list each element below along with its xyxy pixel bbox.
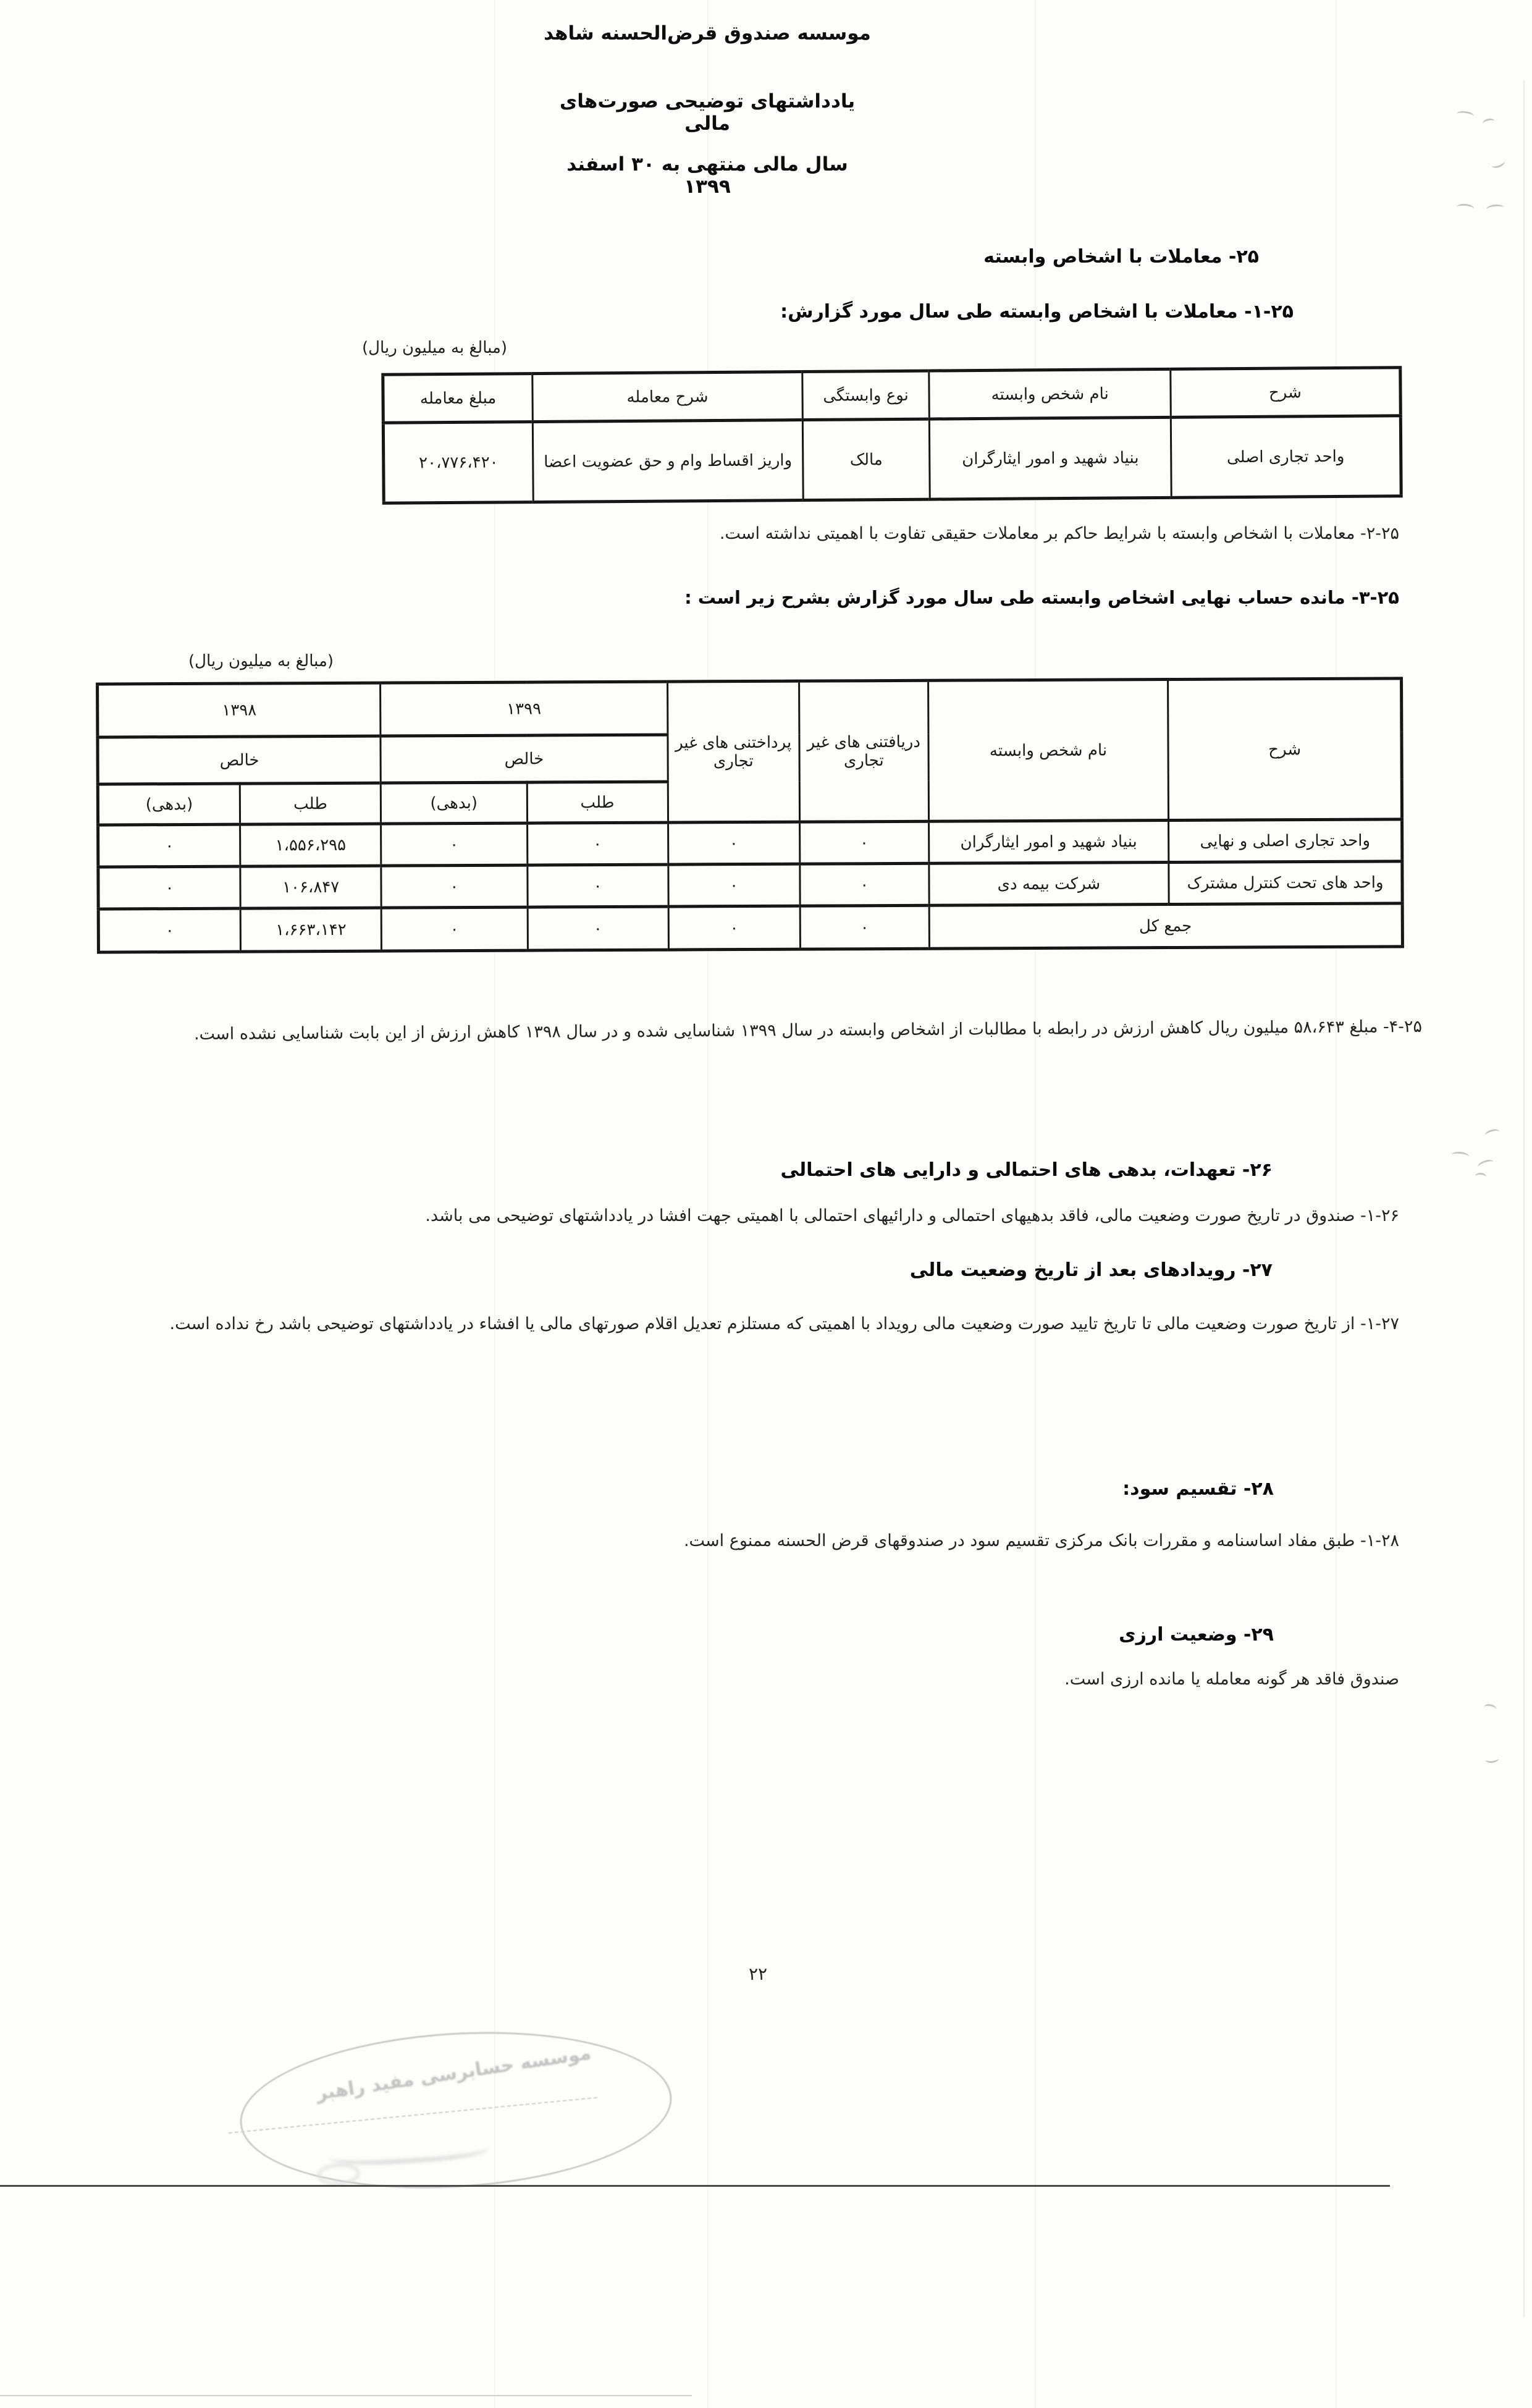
t2-r1-payable: ۰ [668,822,799,864]
t2-r1-receivable: ۰ [799,821,928,864]
t2-r1-debit98: ۰ [98,824,240,867]
section-25-title: ۲۵- معاملات با اشخاص وابسته [983,246,1259,268]
note-28-1: ۱-۲۸- طبق مفاد اساسنامه و مقررات بانک مر… [684,1531,1399,1550]
table-row: واحد های تحت کنترل مشترک شرکت بیمه دی ۰ … [98,861,1402,909]
section-27-title: ۲۷- رویدادهای بعد از تاریخ وضعیت مالی [910,1259,1273,1281]
table2-unit-note: (مبالغ به میلیون ریال) [188,652,334,670]
t1-cell-related-name: بنیاد شهید و امور ایثارگران [930,417,1171,499]
t2-total-credit98: ۱،۶۶۳،۱۴۲ [240,908,381,952]
company-name-text: موسسه صندوق قرض‌الحسنه شاهد [544,22,871,44]
table-row: واحد تجاری اصلی و نهایی بنیاد شهید و امو… [98,819,1402,867]
scanned-financial-note-page: { "document": { "header": { "line1": "مو… [0,0,1532,2408]
margin-mark [1456,203,1474,213]
t2-header-year-1399: ۱۳۹۹ [381,682,668,736]
scan-fold-line [0,2185,1390,2187]
scan-bottom-line [0,2395,692,2396]
t2-total-credit99: ۰ [528,906,668,950]
note-27-1: ۱-۲۷- از تاریخ صورت وضعیت مالی تا تاریخ … [43,1305,1399,1343]
t2-r1-credit98: ۱،۵۵۶،۲۹۵ [240,824,381,866]
margin-mark [1490,158,1505,170]
scan-artifact-edge-line [1523,80,1525,2317]
t2-header-credit-1398: طلب [240,783,381,824]
t2-r2-credit98: ۱۰۶،۸۴۷ [240,866,381,908]
related-party-balances-table: شرح نام شخص وابسته دریافتنی های غیر تجار… [96,677,1404,953]
t2-r1-debit99: ۰ [381,823,528,866]
t2-r2-credit99: ۰ [527,864,668,907]
t1-cell-desc: واحد تجاری اصلی [1171,416,1401,498]
fiscal-year-text: سال مالی منتهی به ۳۰ اسفند ۱۳۹۹ [566,153,848,198]
t1-cell-amount: ۲۰،۷۷۶،۴۲۰ [383,422,533,504]
t1-header-amount: مبلغ معامله [383,374,533,423]
related-party-transactions-table: شرح نام شخص وابسته نوع وابستگی شرح معامل… [381,366,1402,505]
t2-r1-credit99: ۰ [527,822,668,865]
t2-header-net-1399: خالص [381,735,668,783]
t2-r2-desc: واحد های تحت کنترل مشترک [1169,861,1402,905]
t2-r2-debit98: ۰ [98,866,240,909]
margin-mark [1482,117,1496,128]
scan-artifact-line [1336,0,1337,2408]
t2-header-receivable: دریافتنی های غیر تجاری [799,680,928,822]
section-26-title: ۲۶- تعهدات، بدهی های احتمالی و دارایی ها… [781,1159,1273,1181]
t1-cell-transaction-desc: واریز اقساط وام و حق عضویت اعضا [532,420,802,502]
fiscal-year-line: سال مالی منتهی به ۳۰ اسفند ۱۳۹۹ [544,153,871,198]
t2-header-payable: پرداختنی های غیر تجاری [667,681,799,822]
t2-r2-debit99: ۰ [381,865,528,908]
scan-artifact-line [707,0,709,2408]
margin-mark [1475,1172,1487,1181]
table-row: واحد تجاری اصلی بنیاد شهید و امور ایثارگ… [383,416,1401,503]
margin-mark [1484,1754,1499,1764]
t2-header-name: نام شخص وابسته [928,680,1168,822]
t1-header-relation-type: نوع وابستگی [802,371,929,420]
margin-mark [1451,1151,1469,1161]
t1-header-related-name: نام شخص وابسته [929,369,1171,419]
t1-cell-relation-type: مالک [802,419,930,500]
t2-r2-payable: ۰ [668,864,799,906]
t2-r1-desc: واحد تجاری اصلی و نهایی [1169,819,1402,863]
t1-header-desc: شرح [1171,368,1401,418]
t2-header-net-1398: خالص [98,736,381,784]
t2-header-desc: شرح [1168,678,1402,821]
table-total-row: جمع کل ۰ ۰ ۰ ۰ ۱،۶۶۳،۱۴۲ ۰ [98,903,1402,952]
section-25-1-title: ۱-۲۵- معاملات با اشخاص وابسته طی سال مور… [780,301,1294,323]
section-28-title: ۲۸- تقسیم سود: [1122,1478,1274,1500]
t2-total-label: جمع کل [929,903,1403,948]
t2-r1-name: بنیاد شهید و امور ایثارگران [928,821,1169,864]
report-title-text: یادداشتهای توضیحی صورت‌های مالی [560,90,855,135]
t2-header-year-1398: ۱۳۹۸ [98,683,381,737]
t2-header-debit-1398: (بدهی) [98,784,240,825]
t2-header-debit-1399: (بدهی) [381,782,527,824]
t1-header-transaction-desc: شرح معامله [532,372,802,422]
t2-r2-receivable: ۰ [800,863,929,906]
t2-total-receivable: ۰ [800,905,929,949]
scan-artifact-line [1035,0,1036,2408]
note-25-2: ۲-۲۵- معاملات با اشخاص وابسته با شرایط ح… [720,524,1399,543]
t2-header-credit-1399: طلب [527,782,668,823]
margin-mark [1486,204,1504,214]
report-title: یادداشتهای توضیحی صورت‌های مالی [544,90,871,135]
margin-mark [1477,1158,1495,1170]
company-name: موسسه صندوق قرض‌الحسنه شاهد [544,22,871,44]
t2-total-debit99: ۰ [381,907,528,951]
t2-total-debit98: ۰ [98,908,240,952]
t2-total-payable: ۰ [668,906,801,950]
section-25-3-title: ۳-۲۵- مانده حساب نهایی اشخاص وابسته طی س… [684,587,1399,608]
margin-mark [1456,110,1475,120]
note-29-1: صندوق فاقد هر گونه معامله یا مانده ارزی … [1064,1670,1399,1689]
table1-unit-note: (مبالغ به میلیون ریال) [362,339,507,357]
note-26-1: ۱-۲۶- صندوق در تاریخ صورت وضعیت مالی، فا… [425,1206,1399,1225]
section-29-title: ۲۹- وضعیت ارزی [1119,1624,1274,1645]
margin-mark [1483,1703,1497,1713]
t2-r2-name: شرکت بیمه دی [929,863,1169,906]
auditor-stamp: موسسه حسابرسی مفید راهبر [235,2020,676,2200]
note-25-4: ۴-۲۵- مبلغ ۵۸،۶۴۳ میلیون ریال کاهش ارزش … [194,1017,1422,1044]
page-number: ۲۲ [749,1964,767,1984]
margin-mark [1484,1128,1501,1139]
